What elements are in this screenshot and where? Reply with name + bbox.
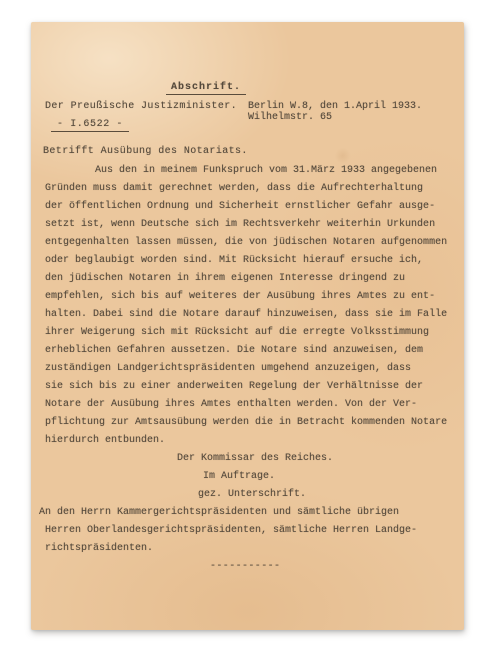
body-line: empfehlen, sich bis auf weiteres der Aus… <box>45 288 457 306</box>
reference-number: - I.6522 - <box>51 119 129 132</box>
signature-line-im-auftrage: Im Auftrage. <box>203 468 457 486</box>
recipient-line: Herren Oberlandesgerichtspräsidenten, sä… <box>45 522 457 540</box>
document-title: Abschrift. <box>166 82 246 95</box>
subject-line: Betrifft Ausübung des Notariats. <box>43 146 248 157</box>
body-line: hierdurch entbunden. <box>45 432 457 450</box>
body-line: sie sich bis zu einer anderweiten Regelu… <box>45 378 457 396</box>
letter-body: Aus den in meinem Funkspruch vom 31.März… <box>45 162 457 576</box>
place-date-line: Berlin W.8, den 1.April 1933. <box>248 101 422 112</box>
body-line: zuständigen Landgerichtspräsidenten umge… <box>45 360 457 378</box>
body-line: erheblichen Gefahren aussetzen. Die Nota… <box>45 342 457 360</box>
end-dash-rule: ----------- <box>210 558 457 576</box>
body-line: oder beglaubigt worden sind. Mit Rücksic… <box>45 252 457 270</box>
body-line: Notare der Ausübung ihres Amtes enthalte… <box>45 396 457 414</box>
body-line: den jüdischen Notaren in ihrem eigenen I… <box>45 270 457 288</box>
signature-line-office: Der Kommissar des Reiches. <box>177 450 457 468</box>
body-line: pflichtung zur Amtsausübung werden die i… <box>45 414 457 432</box>
body-line: ihrer Weigerung sich mit Rücksicht auf d… <box>45 324 457 342</box>
body-line: halten. Dabei sind die Notare darauf hin… <box>45 306 457 324</box>
date-address-block: Berlin W.8, den 1.April 1933. Wilhelmstr… <box>248 101 422 123</box>
scan-backdrop: Abschrift. Der Preußische Justizminister… <box>0 0 493 657</box>
body-line: Gründen muss damit gerechnet werden, das… <box>45 180 457 198</box>
recipient-line: richtspräsidenten. <box>45 540 457 558</box>
street-address-line: Wilhelmstr. 65 <box>248 112 422 123</box>
body-line: setzt ist, wenn Deutsche sich im Rechtsv… <box>45 216 457 234</box>
document-page: Abschrift. Der Preußische Justizminister… <box>31 22 464 630</box>
body-line: entgegenhalten lassen müssen, die von jü… <box>45 234 457 252</box>
body-line: der öffentlichen Ordnung und Sicherheit … <box>45 198 457 216</box>
sender-name: Der Preußische Justizminister. <box>45 101 237 112</box>
recipient-line: An den Herrn Kammergerichtspräsidenten u… <box>39 504 457 522</box>
signature-line-gez: gez. Unterschrift. <box>198 486 457 504</box>
body-line: Aus den in meinem Funkspruch vom 31.März… <box>45 162 457 180</box>
